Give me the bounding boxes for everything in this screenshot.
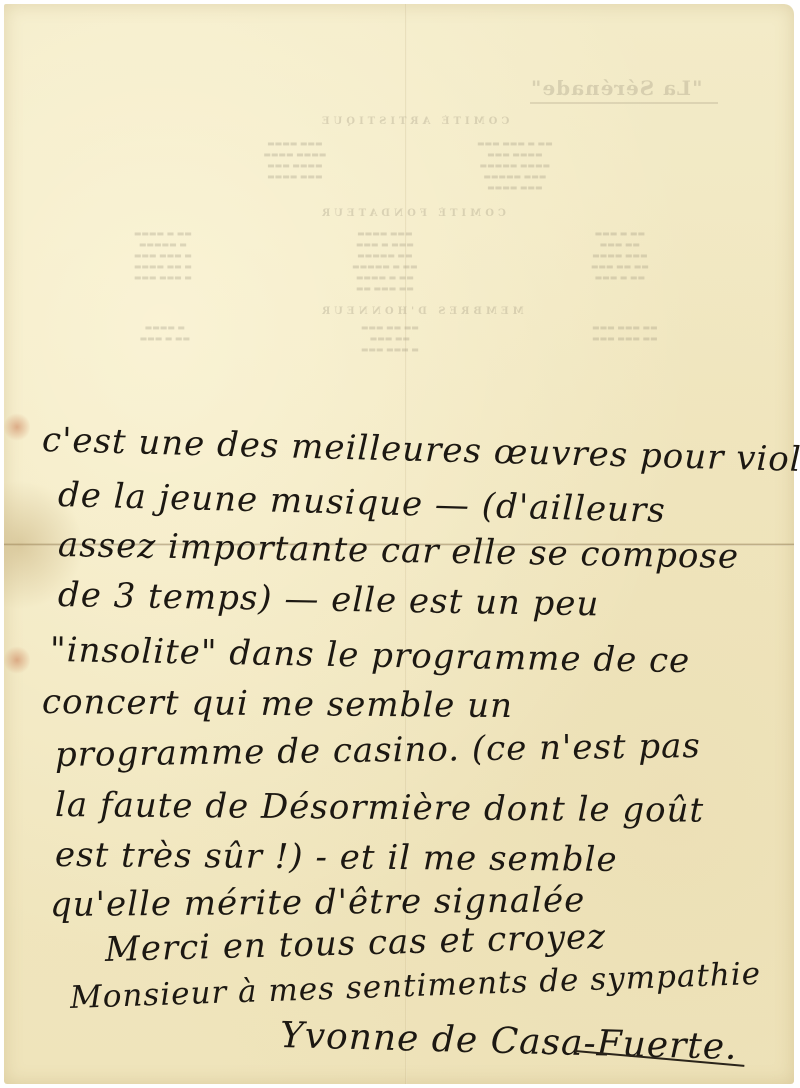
letter-line-6: concert qui me semble un: [42, 682, 513, 726]
letter-line-5: "insolite" dans le programme de ce: [50, 630, 691, 681]
letter-line-9: est très sûr !) - et il me semble: [55, 835, 618, 880]
letter-line-7: programme de casino. (ce n'est pas: [55, 726, 701, 775]
letter-line-3: assez importante car elle se compose: [58, 525, 740, 577]
letter-line-11: Merci en tous cas et croyez: [104, 917, 606, 970]
letter-line-1: c'est une des meilleures œuvres pour vio…: [41, 420, 800, 481]
letter-line-4: de 3 temps) — elle est un peu: [58, 575, 600, 624]
letter-line-2: de la jeune musique — (d'ailleurs: [57, 475, 666, 531]
letter-line-10: qu'elle mérite d'être signalée: [50, 880, 586, 925]
letter-line-8: la faute de Désormière dont le goût: [55, 785, 704, 831]
handwritten-letter-body: c'est une des meilleures œuvres pour vio…: [0, 0, 800, 1088]
